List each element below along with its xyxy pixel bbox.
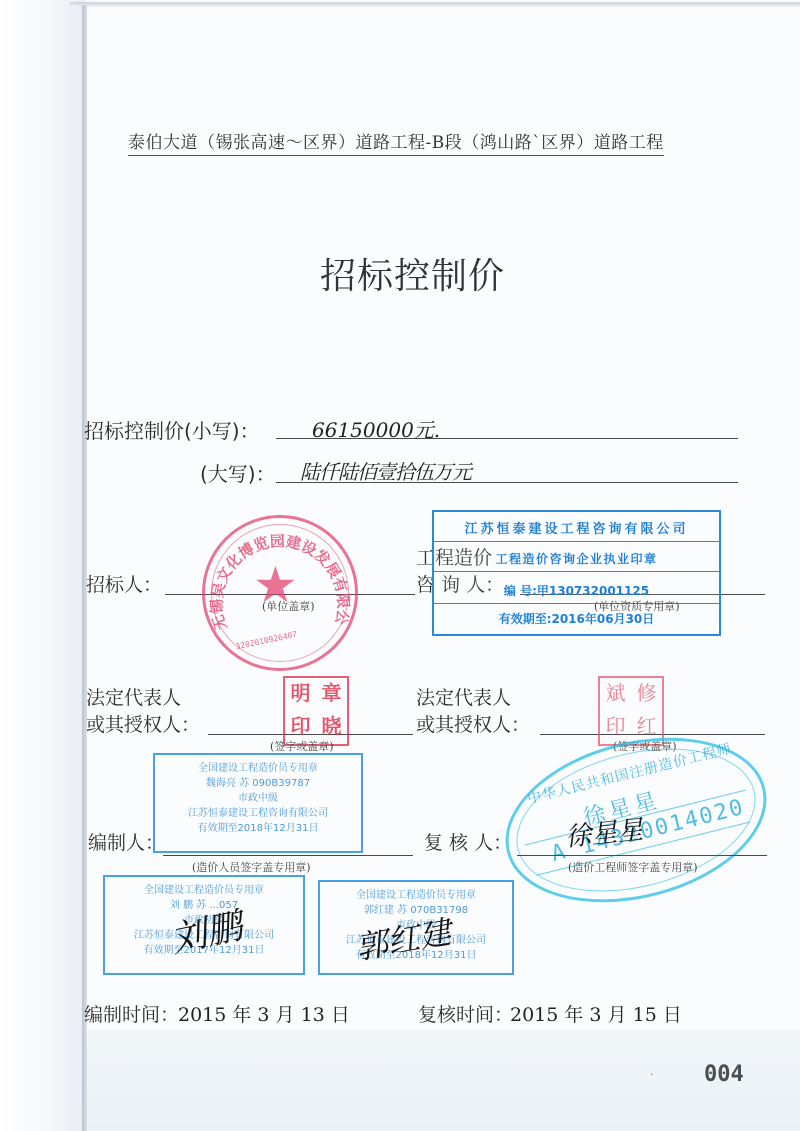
reviewer-label: 复 核 人： xyxy=(424,828,512,855)
legal-rep-right-label-line1: 法定代表人 xyxy=(416,683,511,710)
legal-rep-right-seal: 斌 修 印 红 xyxy=(598,676,664,746)
compiler-stamp: 全国建设工程造价员专用章 魏海亮 苏 090B39787 市政中级 江苏恒泰建设… xyxy=(153,753,363,853)
stamp-type: 工程造价咨询企业执业印章 xyxy=(434,550,719,572)
reviewer-line xyxy=(517,855,767,856)
project-title: 泰伯大道（锡张高速～区界）道路工程-B段（鸿山路`区界）道路工程 xyxy=(128,128,664,156)
binding-spine xyxy=(82,5,87,1131)
scan-left-shadow xyxy=(0,0,85,1131)
compiler-label: 编制人： xyxy=(88,828,164,855)
reviewer-note: (造价工程师签字盖专用章) xyxy=(568,859,698,875)
consultant-qualification-stamp: 江苏恒泰建设工程咨询有限公司 工程造价咨询企业执业印章 编 号:甲1307320… xyxy=(432,510,721,636)
review-date-value: 2015 年 3 月 15 日 xyxy=(510,1000,682,1027)
paper-top-edge xyxy=(70,2,800,7)
review-date-label: 复核时间： xyxy=(418,1000,513,1027)
tenderer-label: 招标人： xyxy=(86,570,162,597)
legal-rep-left-seal: 明 章 印 晓 xyxy=(283,676,349,746)
legal-rep-left-note: (签字或盖章) xyxy=(270,738,334,754)
compile-date-label: 编制时间： xyxy=(84,1000,179,1027)
compiler-line xyxy=(163,855,413,856)
page-number: 004 xyxy=(704,1062,744,1087)
tenderer-round-seal: 无锡吴文化博览园建设发展有限公司 ★ 3202010926407 xyxy=(202,515,358,671)
stamp-company-name: 江苏恒泰建设工程咨询有限公司 xyxy=(434,518,719,542)
page-title: 招标控制价 xyxy=(320,248,505,299)
price-lower-label: 招标控制价(小写)： xyxy=(84,415,260,444)
price-lower-value: 66150000元. xyxy=(312,414,440,443)
consultant-note: (单位资质专用章) xyxy=(594,598,680,614)
tenderer-note: (单位盖章) xyxy=(262,598,315,614)
compile-date-value: 2015 年 3 月 13 日 xyxy=(178,1000,350,1027)
scan-bottom-band xyxy=(87,1030,800,1131)
legal-rep-right-label-line2: 或其授权人： xyxy=(416,710,530,737)
compiler-note: (造价人员签字盖专用章) xyxy=(192,859,311,875)
price-upper-label: (大写)： xyxy=(200,458,276,487)
price-upper-value: 陆仟陆佰壹拾伍万元 xyxy=(300,456,471,485)
scan-speck: · xyxy=(650,1070,653,1081)
legal-rep-left-label-line1: 法定代表人 xyxy=(86,683,181,710)
legal-rep-left-label-line2: 或其授权人： xyxy=(86,710,200,737)
